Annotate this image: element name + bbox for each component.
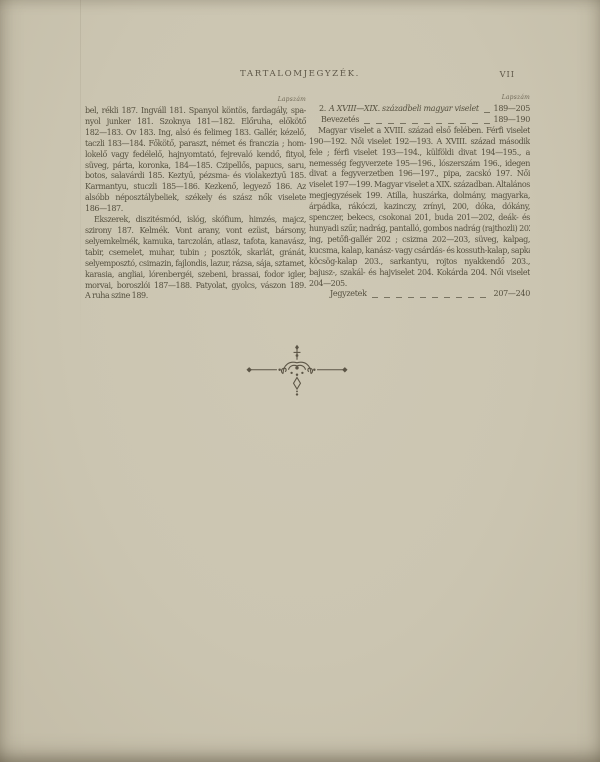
toc-line: alsóbb néposztálybeliek, székely és szás… xyxy=(85,193,306,204)
chapter-number: 2. xyxy=(319,104,326,115)
toc-line: selyemposztó, csimazin, fajlondis, lazur… xyxy=(85,259,306,270)
chapter-title: A XVIII—XIX. századbeli magyar viselet xyxy=(329,104,479,115)
toc-line: karasia, angliai, lórenbergéi, szebeni, … xyxy=(85,270,306,281)
toc-line: bel, rékli 187. Ingváll 181. Spanyol kön… xyxy=(85,106,306,117)
toc-line: fele ; férfi viselet 193—194., külföldi … xyxy=(309,148,530,159)
toc-line: hunyadi szűr, nadrág, pantalló, gombos n… xyxy=(309,224,530,235)
dot-leader xyxy=(372,297,490,298)
toc-line: megjegyzések 199. Atilla, huszárka, dolm… xyxy=(309,191,530,202)
toc-line: Ékszerek, diszitésmód, islóg, skófium, h… xyxy=(85,215,306,226)
toc-line: köcsög-kalap 203., sarkantyu, rojtos nya… xyxy=(309,257,530,268)
toc-line: viselet 197—199. Magyar viselet a XIX. s… xyxy=(309,180,530,191)
toc-line: süveg, párta, koronka, 184—185. Czipellő… xyxy=(85,161,306,172)
toc-line: selyemkelmék, kamuka, tarczolán, atlasz,… xyxy=(85,237,306,248)
toc-line: 204—205. xyxy=(309,279,530,290)
dot-leader xyxy=(484,112,490,113)
toc-entry-intro: Bevezetés 189—190 xyxy=(309,115,530,126)
toc-line: tabir, csemelet, muhar, tubin ; posztók,… xyxy=(85,248,306,259)
toc-entry-notes: Jegyzetek 207—240 xyxy=(309,289,530,300)
toc-line: Karmantyu, stuczli 185—186. Kezkenő, leg… xyxy=(85,182,306,193)
toc-line: szirony 187. Kelmék. Vont arany, vont ez… xyxy=(85,226,306,237)
toc-line: taczli 183—184. Főkötő, paraszt, német é… xyxy=(85,139,306,150)
notes-pages: 207—240 xyxy=(494,289,530,300)
toc-line: 190—192. Női viselet 192—193. A XVIII. s… xyxy=(309,137,530,148)
scanned-book-page: TARTALOMJEGYZÉK. VII Lapszám bel, rékli … xyxy=(0,0,600,762)
toc-line: nemesség fegyverzete 195—196., lószerszá… xyxy=(309,159,530,170)
toc-line: 186—187. xyxy=(85,204,306,215)
column-label-left: Lapszám xyxy=(85,96,306,103)
toc-line: morvai, boroszlói 187—188. Patyolat, gyo… xyxy=(85,281,306,292)
toc-line: Magyar viselet a XVIII. század első felé… xyxy=(309,126,530,137)
dot-leader xyxy=(364,123,489,124)
toc-line: árpádka, rákóczi, kazinczy, zrínyi, 200,… xyxy=(309,202,530,213)
column-label-right: Lapszám xyxy=(309,94,530,101)
toc-line: kucsma, kalap, kanász- vagy csárdás- és … xyxy=(309,246,530,257)
chapter-pages: 189—205 xyxy=(494,104,530,115)
toc-line: 182—183. Öv 183. Ing, alsó és felimeg 18… xyxy=(85,128,306,139)
notes-label: Jegyzetek xyxy=(330,289,367,300)
toc-line: divat a fegyverzetben 196—197., pipa, za… xyxy=(309,169,530,180)
toc-line: A ruha szine 189. xyxy=(85,291,306,302)
toc-line: nyol junker 181. Szoknya 181—182. Előruh… xyxy=(85,117,306,128)
page-number: VII xyxy=(500,69,515,79)
toc-line: ing, petőfi-gallér 202 ; csizma 202—203,… xyxy=(309,235,530,246)
intro-label: Bevezetés xyxy=(321,115,359,126)
toc-line: bajusz-, szakál- és hajviselet 204. Koká… xyxy=(309,268,530,279)
toc-line: spenczer, bekecs, csokonai 201, buda 201… xyxy=(309,213,530,224)
toc-line: botos, salavárdi 185. Keztyű, pézsma- és… xyxy=(85,171,306,182)
page-crease xyxy=(80,0,81,360)
toc-entry-chapter: 2. A XVIII—XIX. századbeli magyar visele… xyxy=(309,104,530,115)
toc-line: lokelő vagy fedélelő, hajnyomtató, fejre… xyxy=(85,150,306,161)
toc-right-column: Lapszám 2. A XVIII—XIX. századbeli magya… xyxy=(309,94,530,300)
fleuron-ornament-icon xyxy=(243,340,351,398)
intro-pages: 189—190 xyxy=(494,115,530,126)
toc-left-column: Lapszám bel, rékli 187. Ingváll 181. Spa… xyxy=(85,96,306,302)
